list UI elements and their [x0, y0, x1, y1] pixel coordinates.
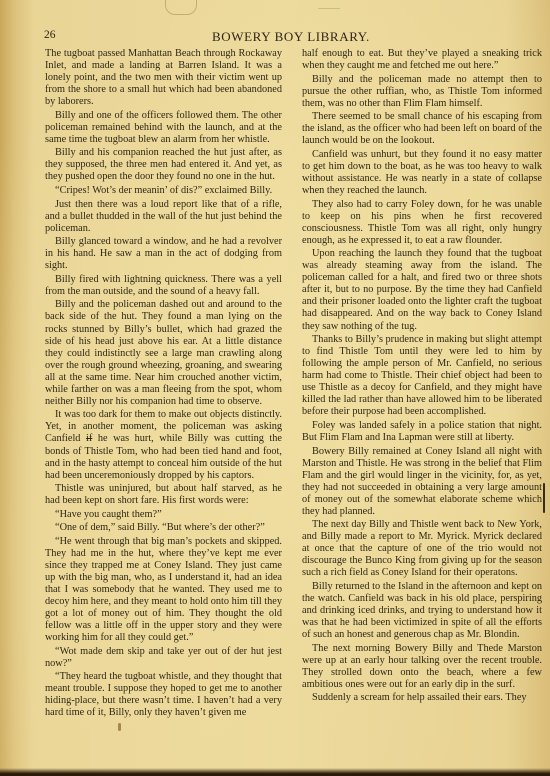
paragraph: “One of dem,” said Billy. “But where’s d… — [45, 522, 282, 534]
paragraph: Billy glanced toward a window, and he ha… — [45, 236, 282, 272]
running-title: BOWERY BOY LIBRARY. — [212, 29, 370, 45]
paragraph: Canfield was unhurt, but they found it n… — [302, 149, 542, 197]
page-number: 26 — [44, 29, 56, 41]
right-column: half enough to eat. But they’ve played a… — [302, 48, 542, 706]
paper-stain-decoration — [118, 723, 121, 731]
paragraph: “Cripes! Wot’s der meanin’ of dis?” excl… — [45, 185, 282, 197]
paragraph: Foley was landed safely in a police stat… — [302, 420, 542, 444]
book-page: 26 BOWERY BOY LIBRARY. The tugboat passe… — [0, 0, 550, 776]
paragraph: Billy and his companion reached the hut … — [45, 147, 282, 183]
ink-mark-decoration — [543, 483, 545, 513]
paragraph: “Wot made dem skip and take yer out of d… — [45, 646, 282, 670]
paragraph: Thistle was uninjured, but about half st… — [45, 483, 282, 507]
paragraph: “They heard the tugboat whistle, and the… — [45, 671, 282, 719]
struck-word: if — [86, 433, 92, 444]
paragraph: Bowery Billy remained at Coney Island al… — [302, 446, 542, 518]
paragraph-with-strikeout: It was too dark for them to make out obj… — [45, 409, 282, 481]
paragraph: Billy and the policeman made no attempt … — [302, 74, 542, 110]
paragraph: “He went through that big man’s pockets … — [45, 536, 282, 644]
paragraph: The next morning Bowery Billy and Thede … — [302, 643, 542, 691]
paragraph: There seemed to be small chance of his e… — [302, 111, 542, 147]
paragraph: “Have you caught them?” — [45, 509, 282, 521]
paragraph: They also had to carry Foley down, for h… — [302, 199, 542, 247]
paragraph: Upon reaching the launch they found that… — [302, 248, 542, 332]
paragraph: Billy fired with lightning quickness. Th… — [45, 274, 282, 298]
paragraph-continued: half enough to eat. But they’ve played a… — [302, 48, 542, 72]
paragraph: Billy returned to the Island in the afte… — [302, 581, 542, 641]
page-header: 26 BOWERY BOY LIBRARY. — [44, 29, 544, 43]
paragraph: Just then there was a loud report like t… — [45, 199, 282, 235]
torn-bottom-edge — [0, 768, 550, 776]
left-column: The tugboat passed Manhattan Beach throu… — [45, 48, 282, 721]
torn-ornament-decoration — [165, 0, 197, 15]
paragraph: Billy and the policeman dashed out and a… — [45, 299, 282, 407]
paragraph: Suddenly a scream for help assailed thei… — [302, 692, 542, 704]
paragraph: The tugboat passed Manhattan Beach throu… — [45, 48, 282, 108]
paragraph: Billy and one of the officers followed t… — [45, 110, 282, 146]
paragraph-part: he was hurt, while Billy was cutting the… — [45, 433, 282, 480]
faded-ornament-decoration — [318, 0, 340, 9]
paragraph: Thanks to Billy’s prudence in making but… — [302, 334, 542, 418]
paragraph: The next day Billy and Thistle went back… — [302, 519, 542, 579]
